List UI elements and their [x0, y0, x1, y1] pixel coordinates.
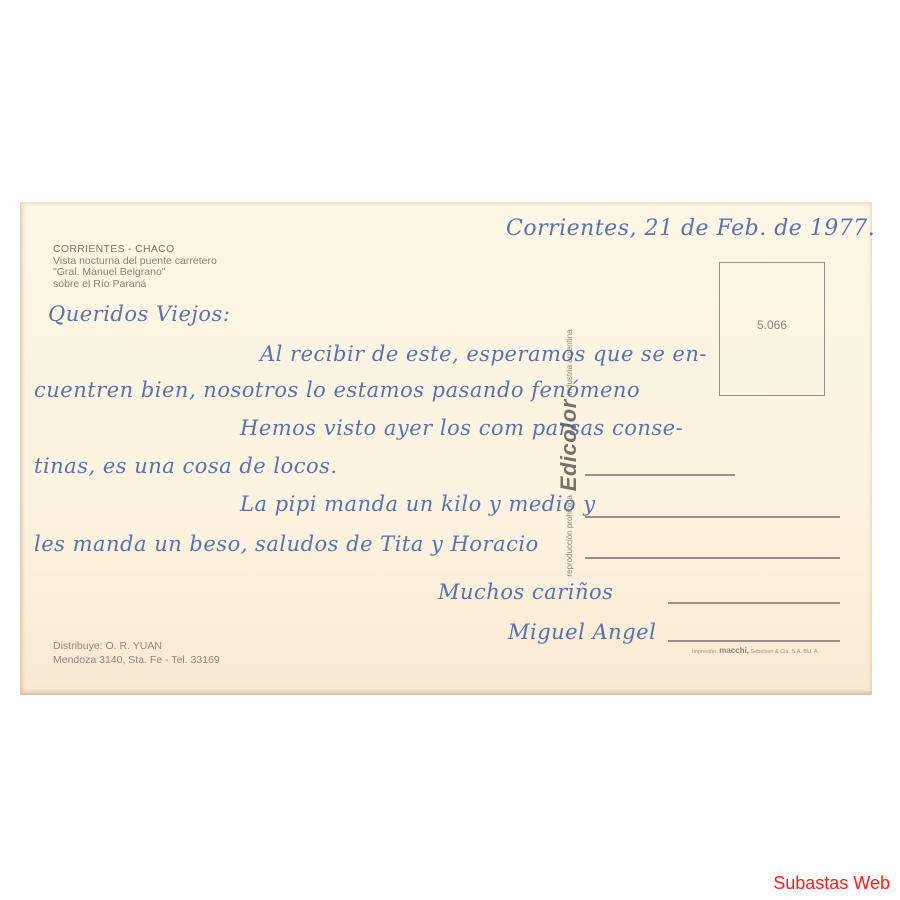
printer-name: macchi,	[719, 646, 749, 655]
printer-credit: Impresión: macchi, Sebelsen & Cia. S.A. …	[692, 646, 819, 655]
handwritten-line: Hemos visto ayer los com parsas conse-	[240, 416, 683, 440]
caption-line: "Gral. Manuel Belgrano"	[53, 267, 217, 279]
card-number: 5.066	[720, 318, 824, 332]
address-line	[668, 602, 840, 604]
caption-line: sobre el Río Paraná	[53, 279, 217, 291]
handwritten-line: tinas, es una cosa de locos.	[34, 454, 338, 478]
distributor-info: Distribuye: O. R. YUAN Mendoza 3140, Sta…	[53, 639, 220, 667]
stamp-box: 5.066	[719, 262, 825, 396]
handwritten-line: Al recibir de este, esperamos que se en-	[260, 342, 707, 366]
distributor-name: Distribuye: O. R. YUAN	[53, 639, 220, 653]
handwritten-greeting: Queridos Viejos:	[48, 302, 230, 326]
address-line	[585, 474, 735, 476]
distributor-address: Mendoza 3140, Sta. Fe - Tel. 33169	[53, 653, 220, 667]
handwritten-line: La pipi manda un kilo y medio y	[240, 492, 596, 516]
handwritten-line: cuentren bien, nosotros lo estamos pasan…	[34, 378, 640, 402]
watermark: Subastas Web	[773, 873, 890, 894]
publisher-logo: Edicolor	[556, 399, 582, 491]
postcard: CORRIENTES - CHACO Vista nocturna del pu…	[20, 202, 872, 695]
postcard-caption: CORRIENTES - CHACO Vista nocturna del pu…	[53, 244, 217, 290]
handwritten-signature: Miguel Angel	[508, 620, 656, 644]
handwritten-line: les manda un beso, saludos de Tita y Hor…	[34, 532, 539, 556]
address-line	[585, 516, 840, 518]
address-line	[585, 557, 840, 559]
publisher-imprint: reproducción prohibida Edicolor industri…	[556, 290, 582, 615]
handwritten-closing: Muchos cariños	[438, 580, 613, 604]
handwritten-date: Corrientes, 21 de Feb. de 1977.	[506, 216, 875, 241]
caption-title: CORRIENTES - CHACO	[53, 244, 217, 256]
address-line	[668, 640, 840, 642]
